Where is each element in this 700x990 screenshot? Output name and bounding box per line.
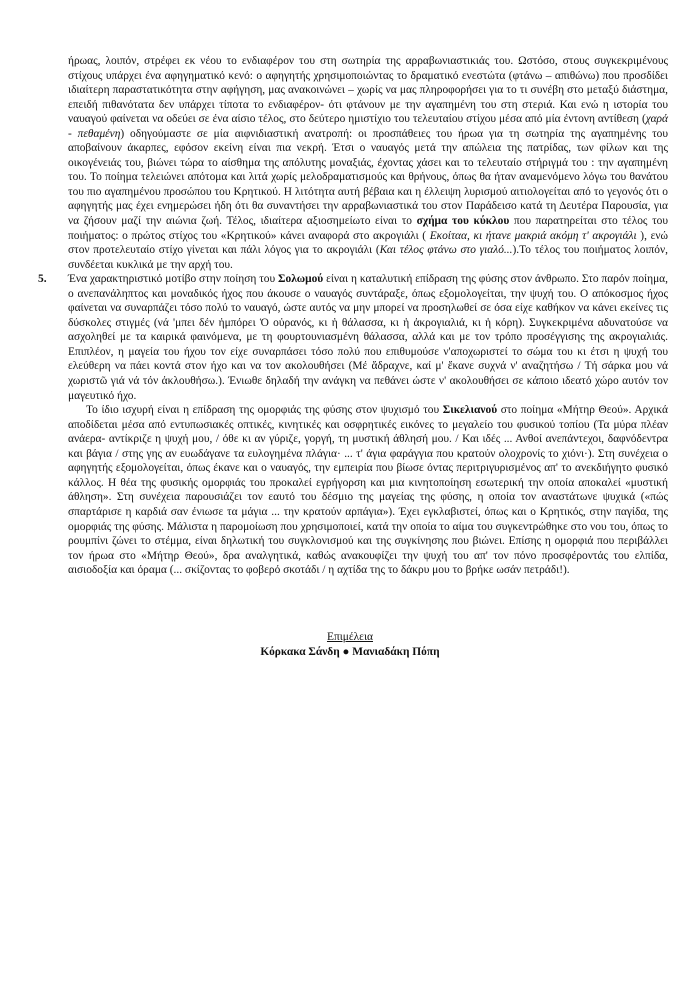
quote-italic: Εκοίταα, κι ήτανε μακριά ακόμη τ' ακρογι… xyxy=(430,230,641,242)
text-run: ) οδηγούμαστε σε μία αιφνιδιαστική ανατρ… xyxy=(68,128,668,227)
text-run: ήρωας, λοιπόν, στρέφει εκ νέου το ενδιαφ… xyxy=(68,55,668,125)
signature-block: Επιμέλεια Κόρκακα Σάνδη ● Μανιαδάκη Πόπη xyxy=(0,630,700,659)
bullet-separator-icon: ● xyxy=(343,646,350,658)
author-name-2: Μανιαδάκη Πόπη xyxy=(352,646,439,658)
signature-names: Κόρκακα Σάνδη ● Μανιαδάκη Πόπη xyxy=(0,645,700,660)
list-number: 5. xyxy=(38,272,47,287)
text-run: στο ποίημα «Μήτηρ Θεού». Αρχικά αποδίδετ… xyxy=(68,404,668,576)
paragraph-kritikos-ending: ήρωας, λοιπόν, στρέφει εκ νέου το ενδιαφ… xyxy=(68,54,668,272)
list-item-5: 5.Ένα χαρακτηριστικό μοτίβο στην ποίηση … xyxy=(68,272,668,403)
text-run: είναι η καταλυτική επίδραση της φύσης στ… xyxy=(68,273,668,401)
term-bold: σχήμα του κύκλου xyxy=(417,215,510,227)
signature-title: Επιμέλεια xyxy=(0,630,700,645)
author-bold: Σικελιανού xyxy=(443,404,497,416)
text-run: Το ίδιο ισχυρή είναι η επίδραση της ομορ… xyxy=(86,404,443,416)
author-name-1: Κόρκακα Σάνδη xyxy=(260,646,339,658)
text-run: Ένα χαρακτηριστικό μοτίβο στην ποίηση το… xyxy=(68,273,278,285)
paragraph-sikelianos: Το ίδιο ισχυρή είναι η επίδραση της ομορ… xyxy=(68,403,668,578)
quote-italic: Και τέλος φτάνω στο γιαλό... xyxy=(380,244,513,256)
author-bold: Σολωμού xyxy=(278,273,323,285)
document-body: ήρωας, λοιπόν, στρέφει εκ νέου το ενδιαφ… xyxy=(68,54,668,578)
